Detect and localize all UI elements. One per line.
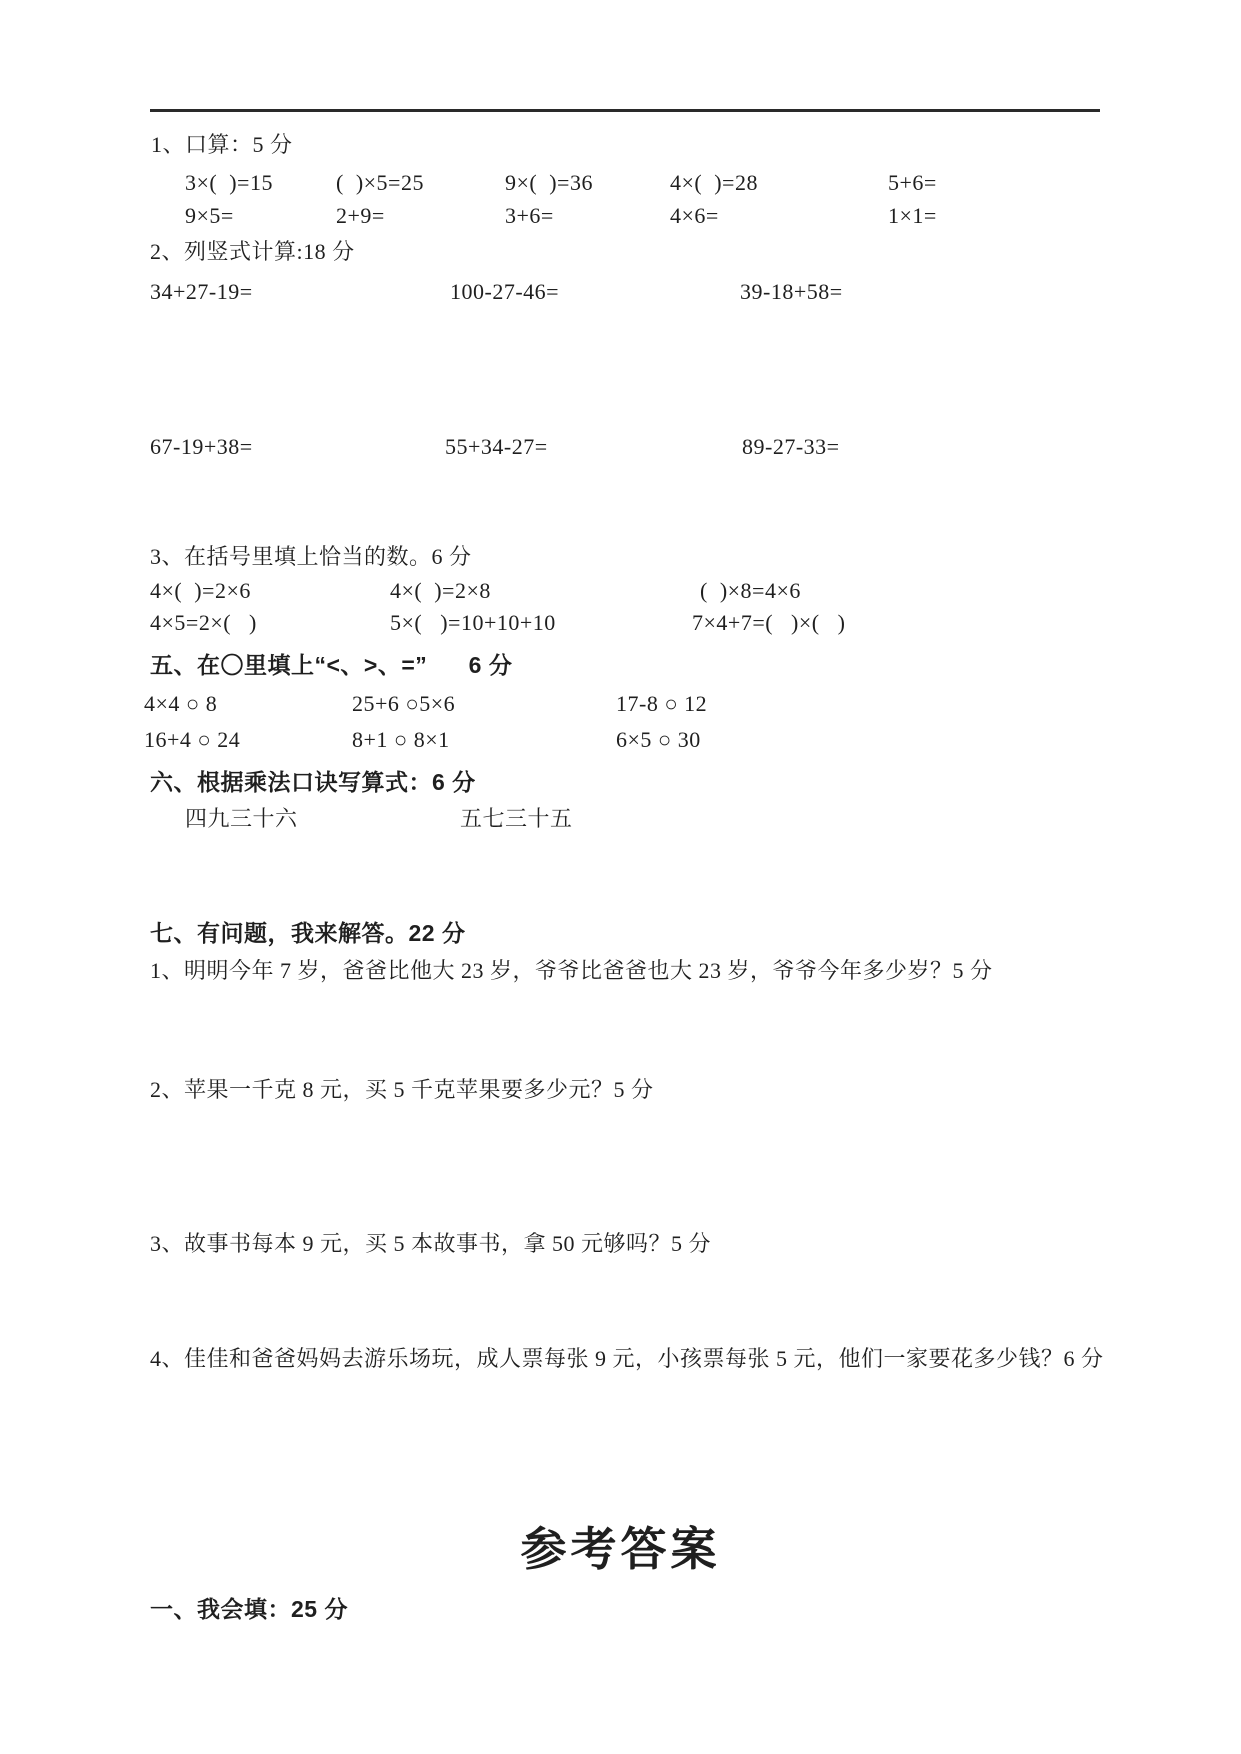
section3-title: 3、在括号里填上恰当的数。6 分	[150, 544, 472, 570]
answers-heading: 参考答案	[0, 1513, 1241, 1579]
equation: 3×( )=15	[185, 170, 273, 196]
comparison: 16+4 ○ 24	[144, 727, 240, 753]
section1-title: 1、口算：5 分	[151, 132, 293, 158]
equation: 4×( )=2×8	[390, 578, 491, 604]
equation: 67-19+38=	[150, 434, 253, 460]
equation: 4×5=2×( )	[150, 610, 257, 636]
word-problem: 4、佳佳和爸爸妈妈去游乐场玩，成人票每张 9 元，小孩票每张 5 元，他们一家要…	[150, 1346, 1104, 1372]
section6-title: 六、根据乘法口诀写算式：6 分	[150, 769, 476, 795]
equation: 55+34-27=	[445, 434, 548, 460]
equation: 9×( )=36	[505, 170, 593, 196]
word-problem: 1、明明今年 7 岁，爸爸比他大 23 岁，爷爷比爸爸也大 23 岁，爷爷今年多…	[150, 958, 993, 984]
word-problem: 2、苹果一千克 8 元，买 5 千克苹果要多少元？5 分	[150, 1077, 654, 1103]
equation: ( )×5=25	[336, 170, 424, 196]
equation: 1×1=	[888, 203, 937, 229]
top-divider	[150, 109, 1100, 112]
comparison: 17-8 ○ 12	[616, 691, 707, 717]
equation: 5+6=	[888, 170, 937, 196]
section2-title: 2、列竖式计算:18 分	[150, 239, 355, 265]
equation: ( )×8=4×6	[700, 578, 801, 604]
equation: 4×( )=28	[670, 170, 758, 196]
equation: 3+6=	[505, 203, 554, 229]
equation: 89-27-33=	[742, 434, 840, 460]
equation: 4×( )=2×6	[150, 578, 251, 604]
equation: 100-27-46=	[450, 279, 559, 305]
equation: 4×6=	[670, 203, 719, 229]
worksheet-page: 1、口算：5 分 3×( )=15 ( )×5=25 9×( )=36 4×( …	[0, 0, 1241, 1754]
rhyme: 四九三十六	[185, 806, 298, 832]
section7-title: 七、有问题，我来解答。22 分	[150, 920, 465, 946]
section5-title: 五、在〇里填上“<、>、=” 6 分	[150, 652, 512, 678]
rhyme: 五七三十五	[460, 806, 573, 832]
equation: 7×4+7=( )×( )	[692, 610, 845, 636]
equation: 5×( )=10+10+10	[390, 610, 556, 636]
equation: 34+27-19=	[150, 279, 253, 305]
equation: 39-18+58=	[740, 279, 843, 305]
answers-section1-title: 一、我会填：25 分	[150, 1596, 348, 1622]
equation: 2+9=	[336, 203, 385, 229]
equation: 9×5=	[185, 203, 234, 229]
comparison: 6×5 ○ 30	[616, 727, 701, 753]
comparison: 8+1 ○ 8×1	[352, 727, 450, 753]
word-problem: 3、故事书每本 9 元，买 5 本故事书，拿 50 元够吗？5 分	[150, 1231, 711, 1257]
comparison: 4×4 ○ 8	[144, 691, 217, 717]
comparison: 25+6 ○5×6	[352, 691, 455, 717]
